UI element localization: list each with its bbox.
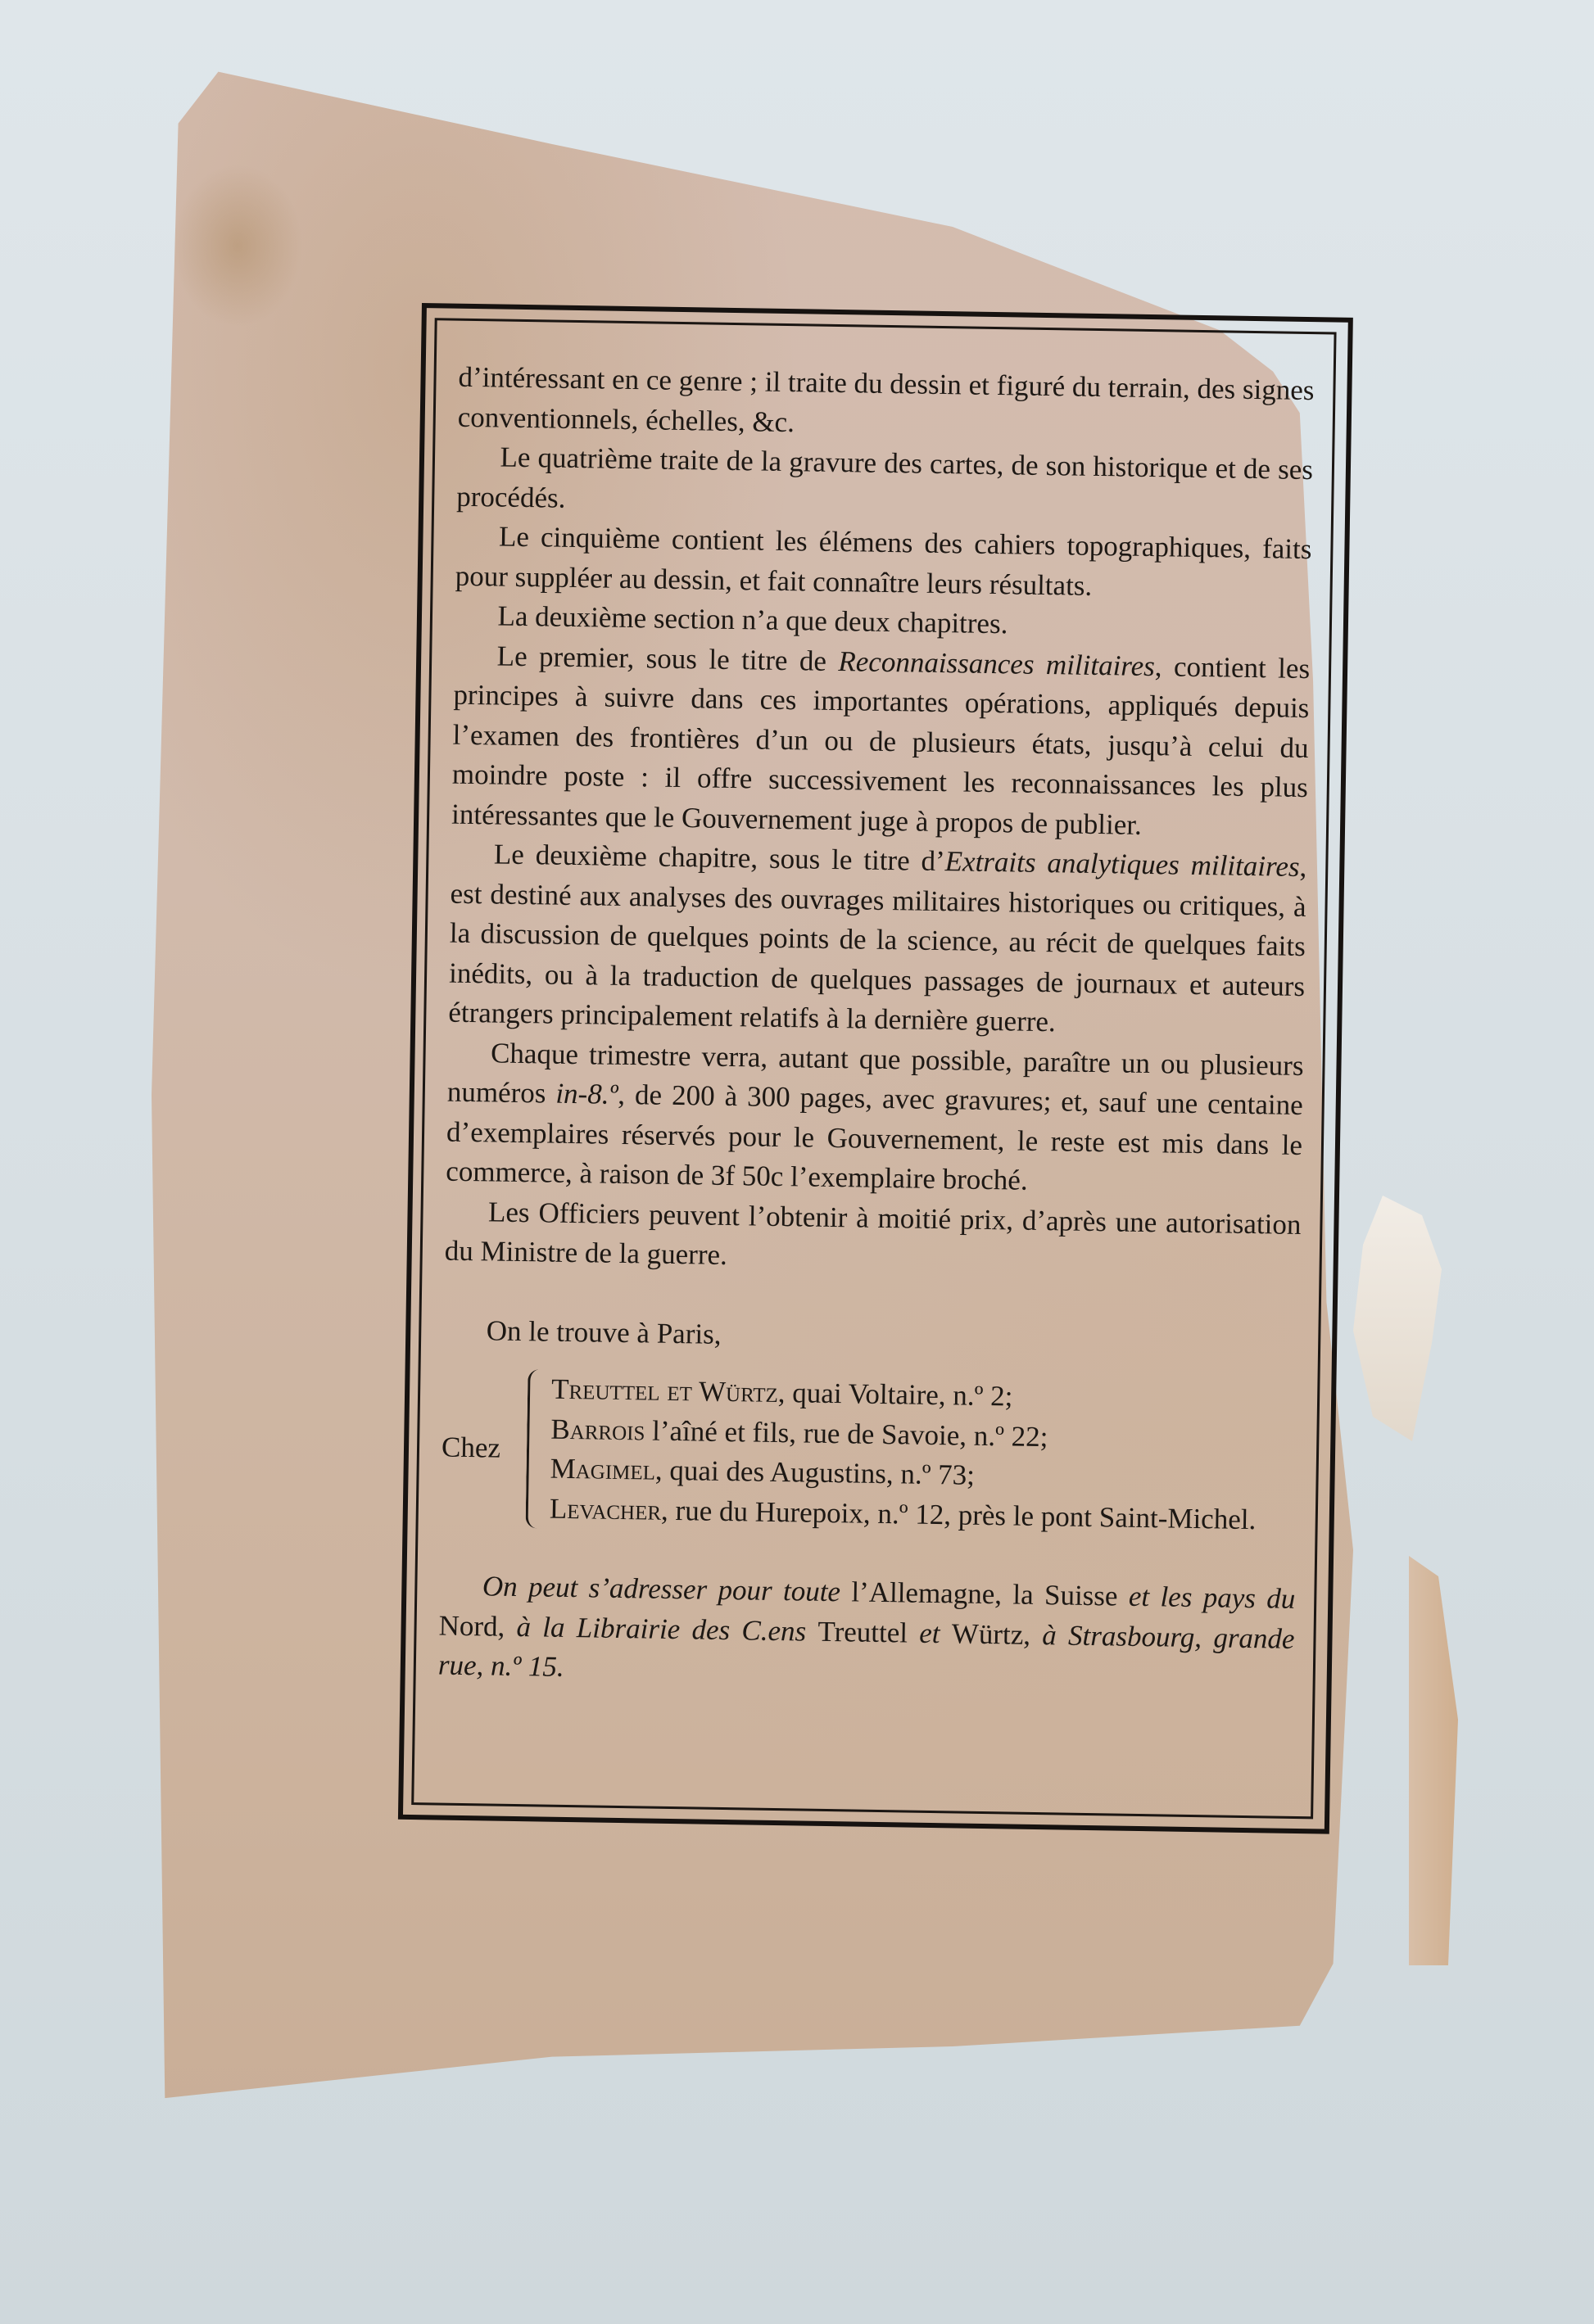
text-run: et xyxy=(919,1616,952,1649)
text-run: Le deuxième chapitre, sous le titre d’ xyxy=(494,838,945,877)
text-run: Le premier, sous le titre de xyxy=(496,640,838,677)
vendor-name: Barrois xyxy=(550,1413,645,1446)
paragraph-officiers: Les Officiers peuvent l’obtenir à moitié… xyxy=(444,1191,1301,1284)
vendor-name: Treuttel et Würtz xyxy=(551,1373,778,1408)
vendor-address: , quai Voltaire, n.º 2; xyxy=(778,1377,1013,1412)
vendor-list-block: Chez Treuttel et Würtz, quai Voltaire, n… xyxy=(441,1368,1299,1540)
foreign-distribution-note: On peut s’adresser pour toute l’Allemagn… xyxy=(437,1567,1295,1699)
text-run: Treuttel xyxy=(817,1615,919,1648)
water-stain xyxy=(172,164,303,328)
curly-brace xyxy=(526,1369,546,1528)
vendor-list: Treuttel et Würtz, quai Voltaire, n.º 2;… xyxy=(550,1370,1258,1540)
text-run: Würtz, xyxy=(952,1617,1043,1651)
title-extraits-analytiques: Extraits analytiques militaires xyxy=(944,845,1299,883)
paragraph-deuxieme-chapitre: Le deuxième chapitre, sous le titre d’Ex… xyxy=(448,834,1307,1047)
text-run: On peut s’adresser pour toute xyxy=(482,1570,852,1607)
paragraph-cinquieme: Le cinquième contient les élémens des ca… xyxy=(455,517,1311,609)
printed-text-block: d’intéressant en ce genre ; il traite du… xyxy=(437,358,1314,1699)
text-run: et les pays du xyxy=(1129,1580,1296,1615)
chez-label: Chez xyxy=(442,1427,528,1468)
paragraph-quatrieme: Le quatrième traite de la gravure des ca… xyxy=(456,437,1313,530)
vendor-address: l’aîné et fils, rue de Savoie, n.º 22; xyxy=(645,1414,1048,1453)
vendor-address: , rue du Hurepoix, n.º 12, près le pont … xyxy=(661,1494,1257,1535)
paragraph-continuation: d’intéressant en ce genre ; il traite du… xyxy=(457,358,1314,450)
vendor-address: , quai des Augustins, n.º 73; xyxy=(655,1454,976,1491)
title-reconnaissances-militaires: Reconnaissances militaires xyxy=(838,645,1155,682)
paragraph-premier-chapitre: Le premier, sous le titre de Reconnaissa… xyxy=(451,635,1311,848)
text-run: l’Allemagne, la Suisse xyxy=(851,1576,1129,1612)
paper-tear xyxy=(1343,1196,1442,1441)
vendor-name: Magimel xyxy=(550,1453,655,1486)
printed-border-frame: d’intéressant en ce genre ; il traite du… xyxy=(398,303,1353,1834)
paragraph-trimestre: Chaque trimestre verra, autant que possi… xyxy=(446,1033,1304,1205)
text-run: à la Librairie des C.ens xyxy=(516,1611,818,1648)
text-run: , contient les principes à suivre dans c… xyxy=(451,650,1311,841)
format-in-8: in-8.º xyxy=(555,1078,618,1110)
text-run: Nord, xyxy=(438,1609,517,1642)
vendor-name: Levacher xyxy=(550,1492,662,1526)
page-edges xyxy=(1409,1556,1458,1965)
